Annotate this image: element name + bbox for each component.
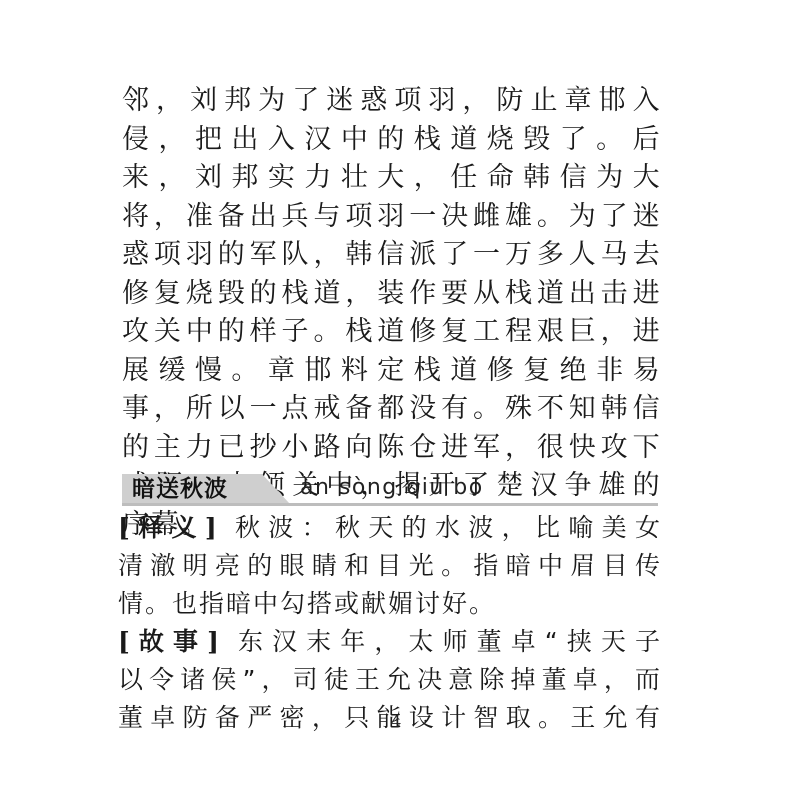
text-line: 攻关中的样子。栈道修复工程艰巨，进 (122, 313, 662, 352)
text-line: 来，刘邦实力壮大，任命韩信为大 (122, 159, 662, 198)
text-line: 将，准备出兵与项羽一决雌雄。为了迷 (122, 198, 662, 237)
story-line: [故事] 东汉末年，太师董卓“挟天子 (118, 623, 662, 661)
idiom-title: 暗送秋波 (132, 474, 228, 504)
meaning-text: 秋波：秋天的水波，比喻美女 (235, 513, 662, 542)
meaning-tag: [释义] (118, 513, 219, 542)
story-text: 东汉末年，太师董卓“挟天子 (238, 627, 662, 656)
idiom-body: [释义] 秋波：秋天的水波，比喻美女 清澈明亮的眼睛和目光。指暗中眉目传 情。也… (118, 509, 662, 737)
meaning-line: [释义] 秋波：秋天的水波，比喻美女 (118, 509, 662, 547)
story-line: 以令诸侯”，司徒王允决意除掉董卓，而 (118, 661, 662, 699)
meaning-line: 清澈明亮的眼睛和目光。指暗中眉目传 (118, 547, 662, 585)
idiom-pinyin: àn sòng qiū bō (300, 474, 484, 502)
text-line: 展缓慢。章邯料定栈道修复绝非易 (122, 352, 662, 391)
text-line: 惑项羽的军队，韩信派了一万多人马去 (122, 236, 662, 275)
story-tag: [故事] (118, 627, 221, 656)
page-number: · 4 · (0, 712, 800, 732)
text-line: 的主力已抄小路向陈仓进军，很快攻下 (122, 429, 662, 468)
heading-divider (122, 503, 658, 506)
text-line: 侵，把出入汉中的栈道烧毁了。后 (122, 121, 662, 160)
text-line: 邻，刘邦为了迷惑项羽，防止章邯入 (122, 82, 662, 121)
meaning-line: 情。也指暗中勾搭或献媚讨好。 (118, 585, 662, 623)
idiom-heading: 暗送秋波 àn sòng qiū bō (122, 474, 658, 506)
text-line: 事，所以一点戒备都没有。殊不知韩信 (122, 390, 662, 429)
text-line: 修复烧毁的栈道，装作要从栈道出击进 (122, 275, 662, 314)
